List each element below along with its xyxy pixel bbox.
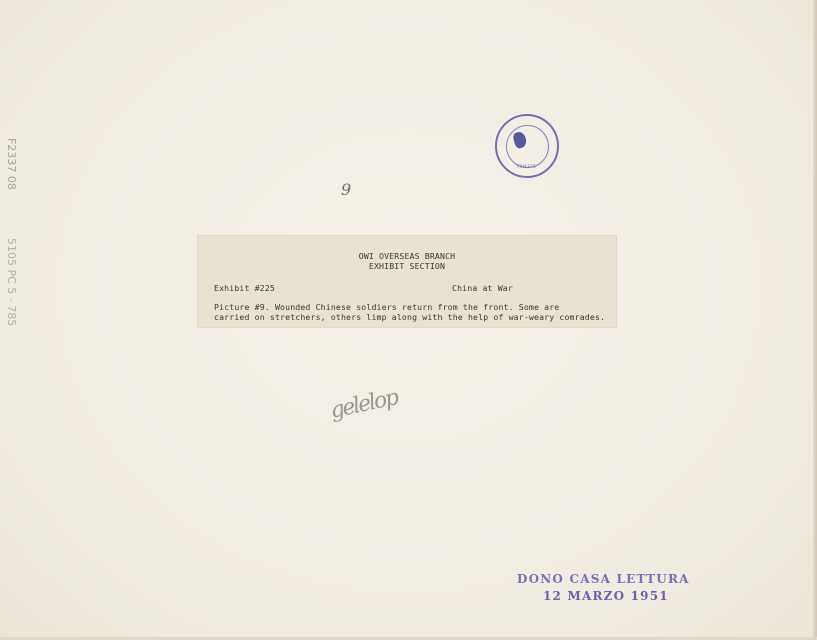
label-header-section: EXHIBIT SECTION bbox=[198, 261, 616, 271]
seal-text: TRIESTE bbox=[497, 164, 556, 169]
pencil-note-catalog-number: F2337 08 bbox=[4, 138, 18, 190]
caption-line-1: Picture #9. Wounded Chinese soldiers ret… bbox=[214, 302, 609, 312]
typed-caption-label: OWI OVERSEAS BRANCH EXHIBIT SECTION Exhi… bbox=[198, 236, 616, 327]
caption-line-2: carried on stretchers, others limp along… bbox=[214, 312, 609, 322]
exhibit-number: Exhibit #225 bbox=[214, 283, 275, 293]
stamp-line-date: 12 MARZO 1951 bbox=[543, 589, 669, 603]
stamp-line-donor: DONO CASA LETTURA bbox=[517, 572, 690, 586]
label-header-branch: OWI OVERSEAS BRANCH bbox=[198, 251, 616, 261]
circular-seal-stamp: TRIESTE bbox=[495, 114, 559, 178]
seal-inner-ring bbox=[506, 125, 549, 168]
label-header: OWI OVERSEAS BRANCH EXHIBIT SECTION bbox=[198, 251, 616, 271]
pencil-note-reference: 5105 PC 5 - 785 bbox=[4, 238, 18, 326]
series-title: China at War bbox=[452, 283, 513, 293]
handwritten-number: 9 bbox=[341, 180, 351, 199]
picture-caption: Picture #9. Wounded Chinese soldiers ret… bbox=[214, 302, 609, 322]
paper-right-edge bbox=[813, 0, 817, 640]
